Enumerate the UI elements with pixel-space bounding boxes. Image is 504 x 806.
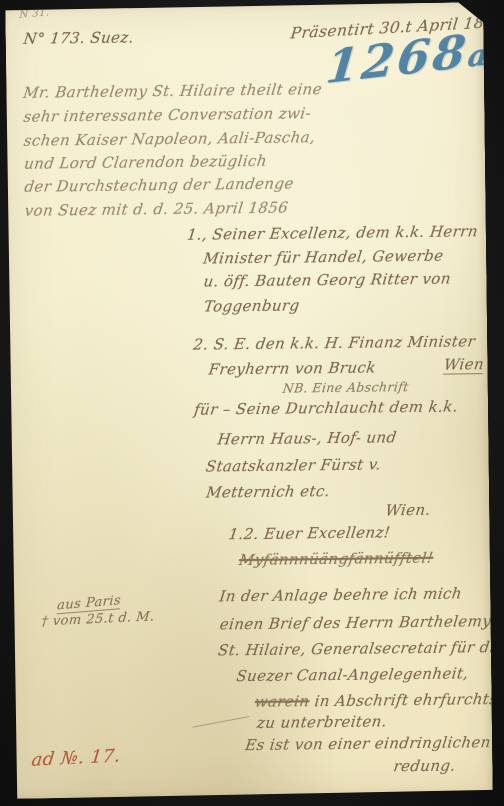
margin-date-note: † vom 25.t d. M. — [41, 610, 155, 628]
salutation: 1.2. Euer Excellenz! — [228, 525, 391, 542]
body-line: Suezer Canal-Angelegenheit, — [235, 666, 469, 684]
body-line: redung. — [393, 758, 457, 774]
body-line: Es ist von einer eindringlichen Über- — [244, 734, 504, 753]
struck-out-line: Myfännnüängfännüfftel! — [238, 551, 434, 568]
red-filing-note: ad №. 17. — [30, 747, 121, 769]
body-line: In der Anlage beehre ich mich — [218, 586, 462, 604]
abstract-line: schen Kaiser Napoleon, Aali-Pascha, — [23, 130, 316, 149]
body-line-rest: in Abschrift ehrfurchtsvollst — [308, 689, 504, 710]
recipient2-line: 2. S. E. den k.k. H. Finanz Minister — [192, 334, 476, 352]
copy-recipient-line: Staatskanzler Fürst v. — [205, 457, 382, 474]
recipient1-line: Toggenburg — [203, 298, 301, 314]
copy-recipient-city: Wien. — [384, 503, 431, 519]
abstract-line: von Suez mit d. d. 25. April 1856 — [24, 200, 289, 218]
recipient2-line: Freyherrn von Bruck — [208, 360, 377, 377]
checkmark-flourish — [192, 716, 249, 728]
body-line: warein in Abschrift ehrfurchtsvollst — [254, 691, 504, 710]
recipient1-line: u. öff. Bauten Georg Ritter von — [203, 272, 452, 290]
copy-recipient-line: Herrn Haus-, Hof- und — [217, 430, 398, 447]
recipient2-city: Wien — [443, 357, 485, 375]
body-line: einen Brief des Herrn Barthelemy — [219, 614, 492, 632]
copy-recipient-line: Metternich etc. — [205, 484, 331, 501]
abstract-line: der Durchstechung der Landenge — [23, 176, 294, 194]
abstract-line: und Lord Clarendon bezüglich — [23, 154, 268, 172]
body-line: St. Hilaire, Generalsecretair für die — [217, 640, 504, 659]
abstract-line: sehr interessante Conversation zwi- — [23, 106, 312, 125]
nb-copy-note: NB. Eine Abschrift — [282, 381, 410, 395]
recipient1-line: 1., Seiner Excellenz, dem k.k. Herrn — [186, 224, 479, 243]
body-line: zu unterbreiten. — [256, 714, 388, 731]
photo-background: N 31. N° 173. Suez. Präsentirt 30.t Apri… — [0, 0, 504, 806]
registry-number-suffix: a — [466, 37, 492, 74]
abstract-line: Mr. Barthelemy St. Hilaire theilt eine — [22, 82, 323, 101]
recipient1-line: Minister für Handel, Gewerbe — [202, 249, 444, 267]
struck-out-word: warein — [254, 692, 311, 711]
copy-recipient-line: für – Seine Durchlaucht dem k.k. — [193, 399, 459, 417]
pencil-folio-note: N 31. — [19, 8, 49, 20]
document-number: N° 173. Suez. — [23, 30, 135, 46]
manuscript-page: N 31. N° 173. Suez. Präsentirt 30.t Apri… — [5, 2, 493, 799]
